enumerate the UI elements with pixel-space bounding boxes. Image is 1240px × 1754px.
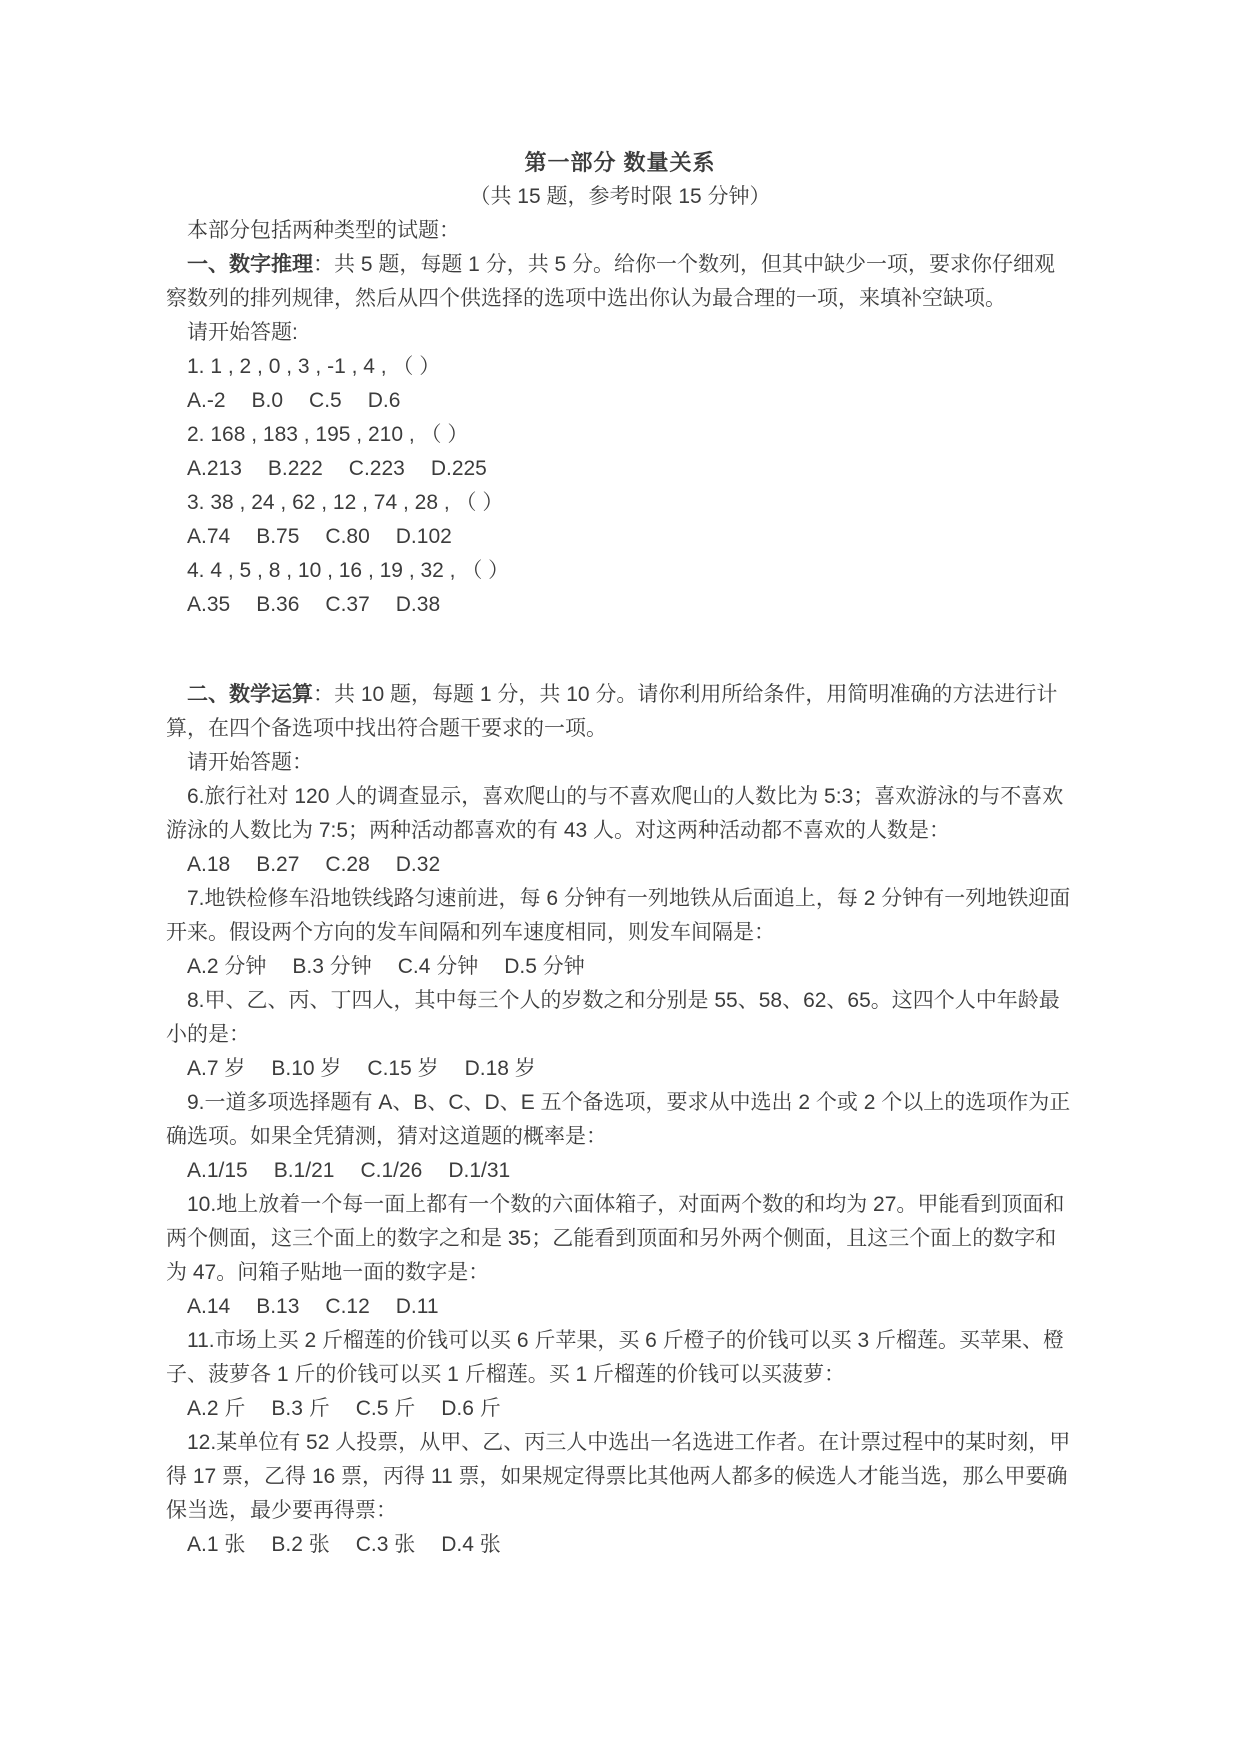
section2-heading-title: 二、数学运算 <box>187 683 313 706</box>
section2-start-prompt: 请开始答题： <box>166 746 1074 780</box>
option: C.223 <box>349 457 405 480</box>
question-stem: 9.一道多项选择题有 A、B、C、D、E 五个备选项，要求从中选出 2 个或 2… <box>166 1086 1074 1154</box>
section-number-reasoning: 一、数字推理：共 5 题，每题 1 分，共 5 分。给你一个数列，但其中缺少一项… <box>166 248 1074 622</box>
option: A.14 <box>187 1295 230 1318</box>
question-options: A.74B.75C.80D.102 <box>166 520 1074 554</box>
question-stem: 7.地铁检修车沿地铁线路匀速前进，每 6 分钟有一列地铁从后面追上，每 2 分钟… <box>166 882 1074 950</box>
question-stem: 4. 4 , 5 , 8 , 10 , 16 , 19 , 32 , （ ） <box>166 554 1074 588</box>
option: D.5 分钟 <box>504 955 585 978</box>
section1-start-prompt: 请开始答题: <box>166 316 1074 350</box>
option: C.1/26 <box>360 1159 422 1182</box>
option: D.18 岁 <box>465 1057 536 1080</box>
exam-paper-page: 第一部分 数量关系 （共 15 题，参考时限 15 分钟） 本部分包括两种类型的… <box>0 0 1240 1754</box>
question-options: A.7 岁B.10 岁C.15 岁D.18 岁 <box>166 1052 1074 1086</box>
section1-heading-title: 一、数字推理 <box>187 253 313 276</box>
option: B.13 <box>256 1295 299 1318</box>
option: B.0 <box>252 389 284 412</box>
option: A.35 <box>187 593 230 616</box>
question-options: A.213B.222C.223D.225 <box>166 452 1074 486</box>
option: C.5 <box>309 389 342 412</box>
part-meta: （共 15 题，参考时限 15 分钟） <box>166 180 1074 214</box>
section1-heading: 一、数字推理：共 5 题，每题 1 分，共 5 分。给你一个数列，但其中缺少一项… <box>166 248 1074 316</box>
option: B.1/21 <box>274 1159 335 1182</box>
part-title: 第一部分 数量关系 <box>166 146 1074 180</box>
option: C.80 <box>325 525 369 548</box>
question-stem: 6.旅行社对 120 人的调查显示，喜欢爬山的与不喜欢爬山的人数比为 5:3；喜… <box>166 780 1074 848</box>
question-options: A.2 分钟B.3 分钟C.4 分钟D.5 分钟 <box>166 950 1074 984</box>
option: B.27 <box>256 853 299 876</box>
option: C.3 张 <box>356 1533 416 1556</box>
option: B.75 <box>256 525 299 548</box>
option: C.5 斤 <box>356 1397 416 1420</box>
question-stem: 3. 38 , 24 , 62 , 12 , 74 , 28 , （ ） <box>166 486 1074 520</box>
question-options: A.-2B.0C.5D.6 <box>166 384 1074 418</box>
section2-question-list: 6.旅行社对 120 人的调查显示，喜欢爬山的与不喜欢爬山的人数比为 5:3；喜… <box>166 780 1074 1562</box>
option: B.3 分钟 <box>292 955 371 978</box>
section1-question-list: 1. 1 , 2 , 0 , 3 , -1 , 4 , （ ）A.-2B.0C.… <box>166 350 1074 622</box>
option: A.7 岁 <box>187 1057 245 1080</box>
option: D.38 <box>396 593 440 616</box>
option: C.15 岁 <box>367 1057 438 1080</box>
question-options: A.14B.13C.12D.11 <box>166 1290 1074 1324</box>
option: D.1/31 <box>448 1159 510 1182</box>
section-math-operations: 二、数学运算：共 10 题，每题 1 分，共 10 分。请你利用所给条件，用简明… <box>166 678 1074 1562</box>
option: A.74 <box>187 525 230 548</box>
option: D.102 <box>396 525 452 548</box>
option: B.2 张 <box>271 1533 329 1556</box>
intro-text: 本部分包括两种类型的试题： <box>166 214 1074 248</box>
option: B.36 <box>256 593 299 616</box>
question-stem: 11.市场上买 2 斤榴莲的价钱可以买 6 斤苹果，买 6 斤橙子的价钱可以买 … <box>166 1324 1074 1392</box>
option: A.-2 <box>187 389 226 412</box>
option: C.12 <box>325 1295 369 1318</box>
option: A.2 斤 <box>187 1397 245 1420</box>
option: D.6 斤 <box>441 1397 501 1420</box>
option: B.10 岁 <box>271 1057 341 1080</box>
section2-heading: 二、数学运算：共 10 题，每题 1 分，共 10 分。请你利用所给条件，用简明… <box>166 678 1074 746</box>
option: A.1/15 <box>187 1159 248 1182</box>
option: C.37 <box>325 593 369 616</box>
question-options: A.1 张B.2 张C.3 张D.4 张 <box>166 1528 1074 1562</box>
option: D.11 <box>396 1295 439 1318</box>
question-options: A.2 斤B.3 斤C.5 斤D.6 斤 <box>166 1392 1074 1426</box>
question-stem: 10.地上放着一个每一面上都有一个数的六面体箱子，对面两个数的和均为 27。甲能… <box>166 1188 1074 1290</box>
question-stem: 8.甲、乙、丙、丁四人，其中每三个人的岁数之和分别是 55、58、62、65。这… <box>166 984 1074 1052</box>
option: C.4 分钟 <box>398 955 479 978</box>
option: A.18 <box>187 853 230 876</box>
option: A.1 张 <box>187 1533 245 1556</box>
option: C.28 <box>325 853 369 876</box>
option: B.3 斤 <box>271 1397 329 1420</box>
option: D.225 <box>431 457 487 480</box>
question-stem: 2. 168 , 183 , 195 , 210 , （ ） <box>166 418 1074 452</box>
option: B.222 <box>268 457 323 480</box>
option: D.4 张 <box>441 1533 501 1556</box>
option: A.213 <box>187 457 242 480</box>
option: D.32 <box>396 853 440 876</box>
question-stem: 12.某单位有 52 人投票，从甲、乙、丙三人中选出一名选进工作者。在计票过程中… <box>166 1426 1074 1528</box>
option: D.6 <box>368 389 401 412</box>
question-stem: 1. 1 , 2 , 0 , 3 , -1 , 4 , （ ） <box>166 350 1074 384</box>
option: A.2 分钟 <box>187 955 266 978</box>
question-options: A.1/15B.1/21C.1/26D.1/31 <box>166 1154 1074 1188</box>
question-options: A.18B.27C.28D.32 <box>166 848 1074 882</box>
question-options: A.35B.36C.37D.38 <box>166 588 1074 622</box>
